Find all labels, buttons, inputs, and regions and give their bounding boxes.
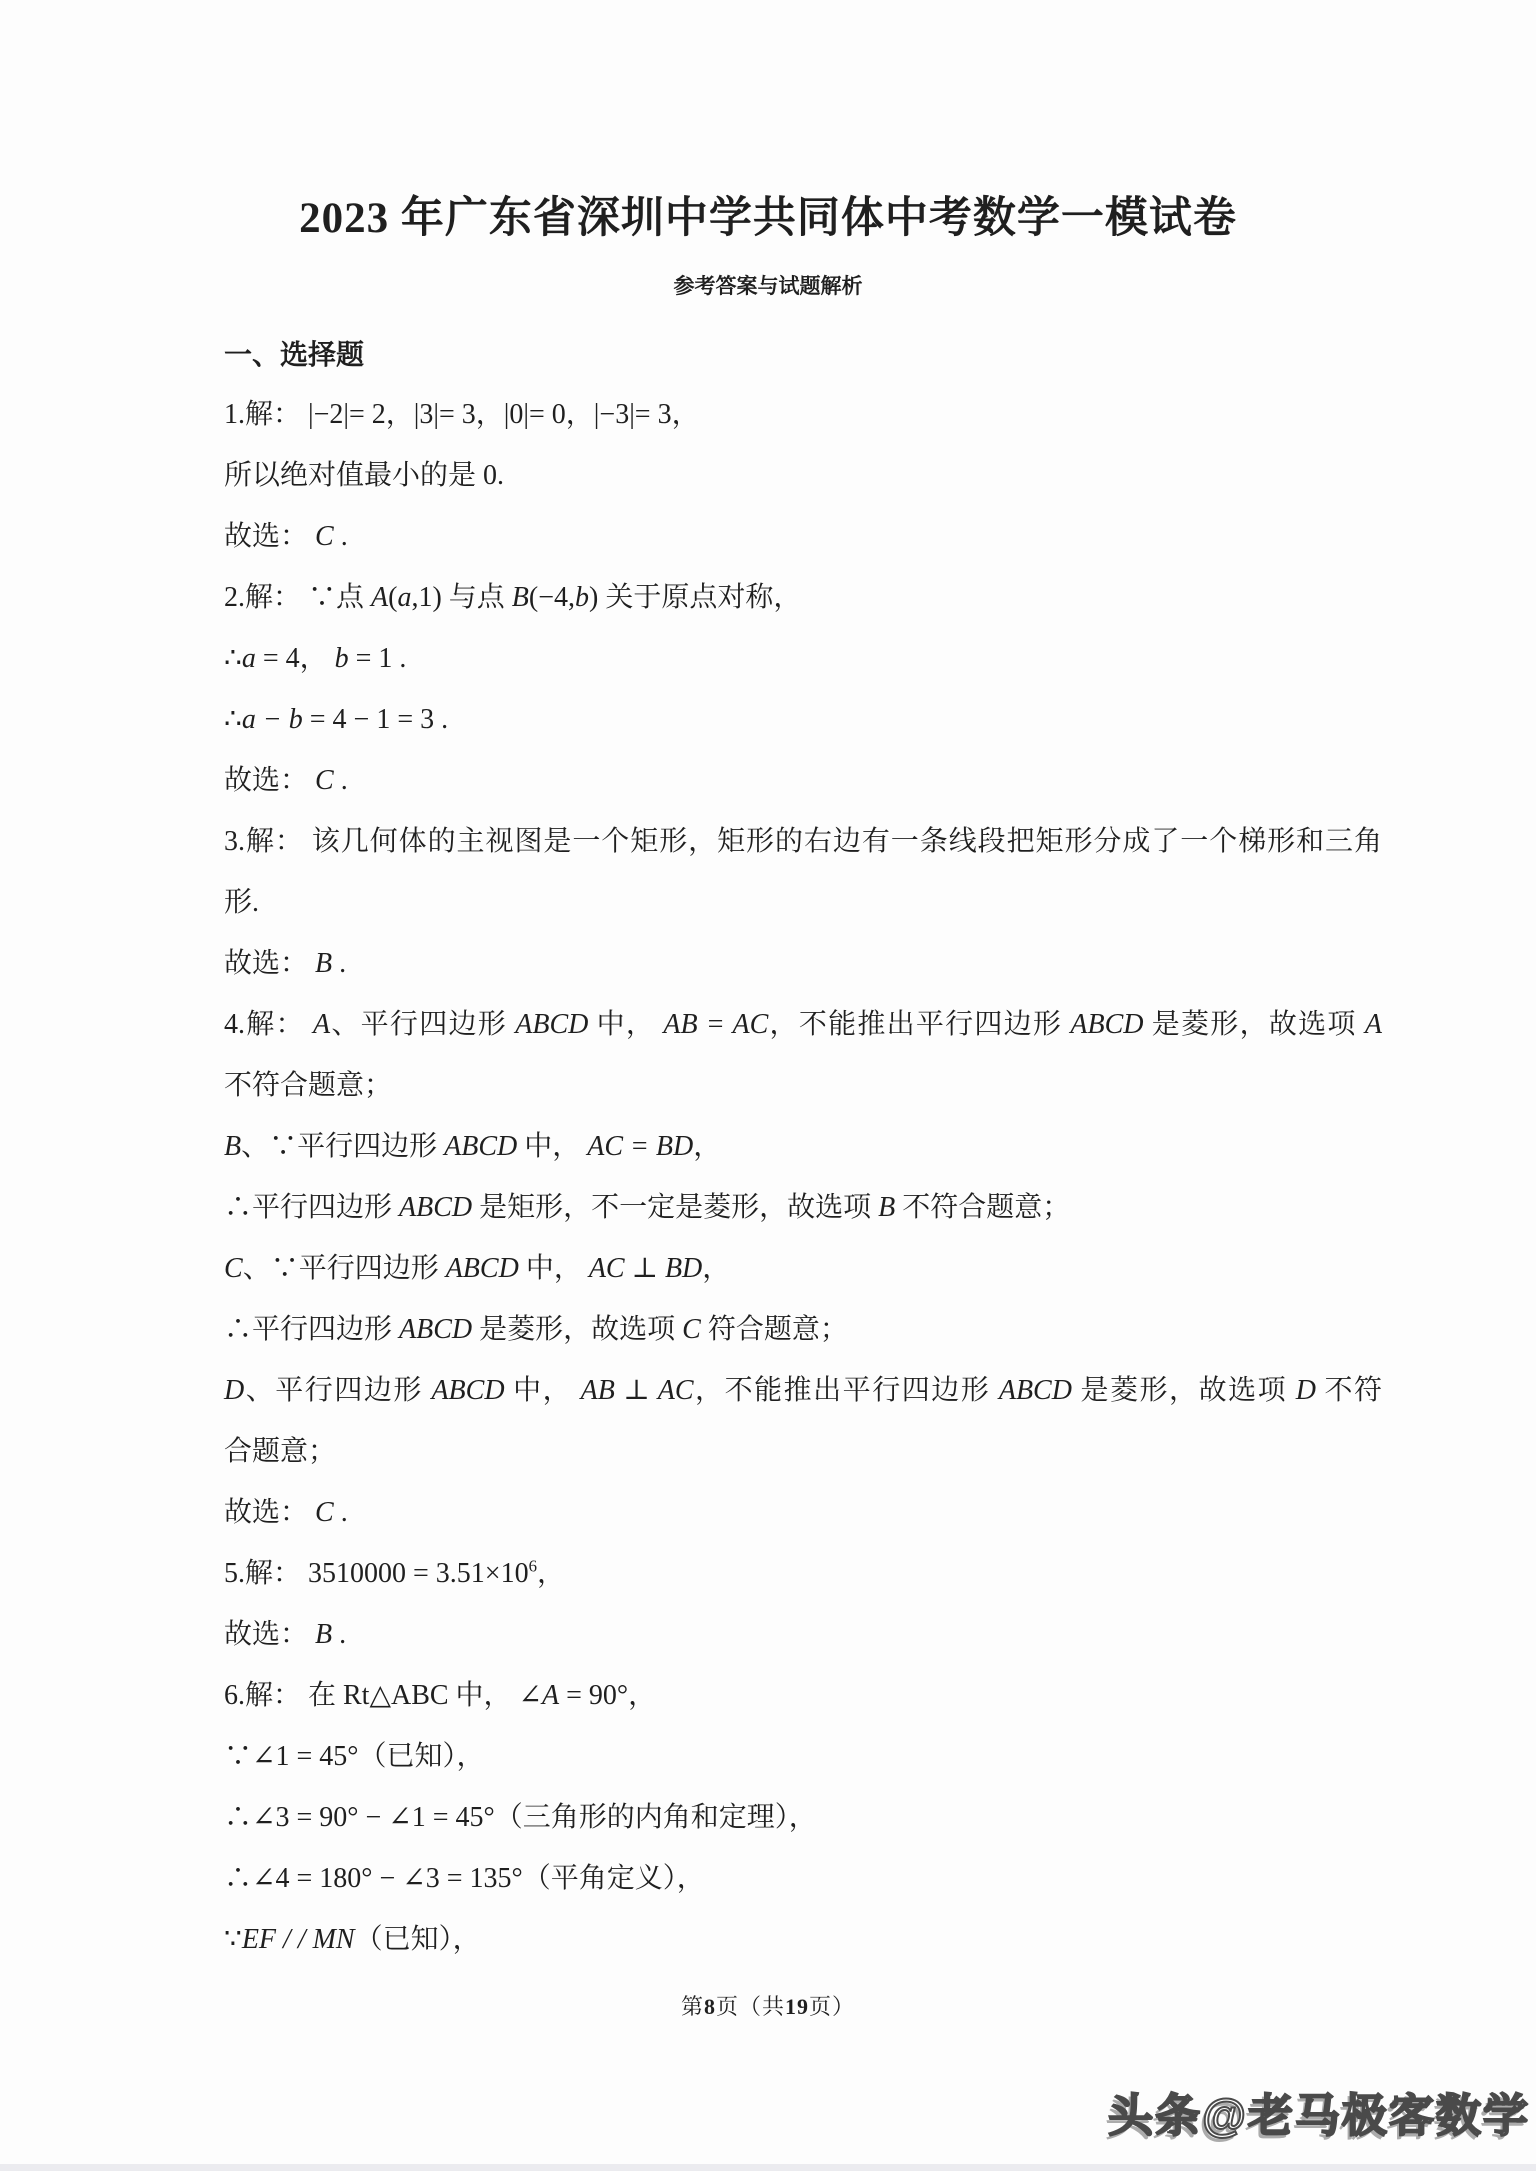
content-line-5: ∴a = 4， b = 1 . bbox=[224, 628, 1382, 689]
text-segment: 不符合题意； bbox=[224, 1070, 392, 1101]
text-segment: ∴平行四边形 bbox=[224, 1192, 399, 1223]
text-segment: AB ⊥ AC bbox=[581, 1375, 694, 1406]
content-line-1: 1.解： |−2|= 2，|3|= 3，|0|= 0，|−3|= 3， bbox=[224, 384, 1382, 445]
content-line-10: 故选： B . bbox=[224, 933, 1382, 994]
text-segment: ∴∠4 = 180° − ∠3 = 135°（平角定义）， bbox=[224, 1863, 705, 1894]
text-segment: = 4 − 1 = 3 . bbox=[303, 704, 448, 735]
text-segment: 8 bbox=[704, 1994, 716, 2019]
text-segment: . bbox=[332, 1619, 346, 1650]
text-segment: A bbox=[313, 1009, 330, 1040]
text-segment: B bbox=[315, 1619, 332, 1650]
text-segment: 19 bbox=[785, 1994, 809, 2019]
text-segment: . bbox=[334, 1497, 348, 1528]
text-segment: 故选： bbox=[224, 948, 315, 979]
content-line-14: ∴平行四边形 ABCD 是矩形，不一定是菱形，故选项 B 不符合题意； bbox=[224, 1177, 1382, 1238]
text-segment: (−4, bbox=[529, 582, 575, 613]
text-segment: ∵∠1 = 45°（已知）， bbox=[224, 1741, 484, 1772]
watermark: 头条@老马极客数学 bbox=[1108, 2079, 1530, 2144]
text-segment: = 90°， bbox=[559, 1680, 656, 1711]
page-footer: 第8页（共19页） bbox=[0, 1990, 1536, 2021]
text-segment: D bbox=[1296, 1375, 1316, 1406]
content-line-4: 2.解： ∵点 A(a,1) 与点 B(−4,b) 关于原点对称， bbox=[224, 567, 1382, 628]
content-line-9: 形. bbox=[224, 872, 1382, 933]
text-segment: 5.解： 3510000 = 3.51×10 bbox=[224, 1558, 529, 1589]
text-segment: ABCD bbox=[444, 1131, 517, 1162]
text-segment: a bbox=[242, 643, 256, 674]
content-line-17: D、平行四边形 ABCD 中， AB ⊥ AC，不能推出平行四边形 ABCD 是… bbox=[224, 1360, 1382, 1421]
text-segment: AB = AC bbox=[663, 1009, 768, 1040]
text-segment: 4.解： bbox=[224, 1009, 313, 1040]
text-segment: C bbox=[315, 521, 334, 552]
text-segment: B bbox=[315, 948, 332, 979]
text-segment: ABCD bbox=[431, 1375, 504, 1406]
text-segment: 中， bbox=[517, 1131, 587, 1162]
text-segment: （已知）， bbox=[355, 1924, 481, 1955]
text-segment: B bbox=[878, 1192, 895, 1223]
text-segment: ， bbox=[702, 1253, 730, 1284]
text-segment: 不符 bbox=[1316, 1375, 1382, 1406]
text-segment: B bbox=[224, 1131, 241, 1162]
text-segment: ABCD bbox=[1070, 1009, 1143, 1040]
answer-solution-lines: 1.解： |−2|= 2，|3|= 3，|0|= 0，|−3|= 3，所以绝对值… bbox=[224, 384, 1382, 1970]
text-segment: ABCD bbox=[999, 1375, 1072, 1406]
text-segment: = 4， bbox=[256, 643, 335, 674]
content-line-20: 5.解： 3510000 = 3.51×106， bbox=[224, 1543, 1382, 1604]
content-line-12: 不符合题意； bbox=[224, 1055, 1382, 1116]
text-segment: AC = BD bbox=[587, 1131, 693, 1162]
text-segment: A bbox=[1365, 1009, 1382, 1040]
text-segment: 、∵平行四边形 bbox=[241, 1131, 444, 1162]
text-segment: 不符合题意； bbox=[895, 1192, 1070, 1223]
text-segment: 形. bbox=[224, 887, 259, 918]
content-line-16: ∴平行四边形 ABCD 是菱形，故选项 C 符合题意； bbox=[224, 1299, 1382, 1360]
text-segment: 、平行四边形 bbox=[244, 1375, 431, 1406]
text-segment: ) 关于原点对称， bbox=[589, 582, 801, 613]
content-line-22: 6.解： 在 Rt△ABC 中， ∠A = 90°， bbox=[224, 1665, 1382, 1726]
text-segment: b bbox=[575, 582, 589, 613]
text-segment: EF / / MN bbox=[242, 1924, 355, 1955]
text-segment: 符合题意； bbox=[701, 1314, 848, 1345]
text-segment: C bbox=[224, 1253, 243, 1284]
page-title: 2023 年广东省深圳中学共同体中考数学一模试卷 bbox=[0, 184, 1536, 245]
text-segment: 、平行四边形 bbox=[330, 1009, 515, 1040]
text-segment: . bbox=[334, 521, 348, 552]
content-line-13: B、∵平行四边形 ABCD 中， AC = BD， bbox=[224, 1116, 1382, 1177]
content-line-25: ∴∠4 = 180° − ∠3 = 135°（平角定义）， bbox=[224, 1848, 1382, 1909]
text-segment: C bbox=[315, 1497, 334, 1528]
text-segment: 故选： bbox=[224, 1619, 315, 1650]
content-line-18: 合题意； bbox=[224, 1421, 1382, 1482]
text-segment: ABCD bbox=[399, 1314, 472, 1345]
content-line-19: 故选： C . bbox=[224, 1482, 1382, 1543]
content-line-21: 故选： B . bbox=[224, 1604, 1382, 1665]
text-segment: 6 bbox=[529, 1557, 537, 1576]
text-segment: ，不能推出平行四边形 bbox=[768, 1009, 1070, 1040]
text-segment: a − b bbox=[242, 704, 303, 735]
text-segment: ∴∠3 = 90° − ∠1 = 45°（三角形的内角和定理）， bbox=[224, 1802, 817, 1833]
text-segment: 页） bbox=[809, 1994, 855, 2019]
text-segment: ， bbox=[537, 1558, 565, 1589]
document-page: 2023 年广东省深圳中学共同体中考数学一模试卷 参考答案与试题解析 一、选择题… bbox=[0, 0, 1536, 2171]
text-segment: ABCD bbox=[446, 1253, 519, 1284]
text-segment: B bbox=[512, 582, 529, 613]
text-segment: ABCD bbox=[399, 1192, 472, 1223]
bottom-edge-strip bbox=[0, 2164, 1536, 2171]
text-segment: ∵ bbox=[224, 1924, 242, 1955]
text-segment: 中， bbox=[519, 1253, 589, 1284]
text-segment: 是菱形，故选项 bbox=[1072, 1375, 1296, 1406]
text-segment: b bbox=[335, 643, 349, 674]
text-segment: 页（共 bbox=[716, 1994, 785, 2019]
text-segment: A bbox=[542, 1680, 559, 1711]
text-segment: a bbox=[397, 582, 411, 613]
text-segment: C bbox=[315, 765, 334, 796]
content-line-24: ∴∠3 = 90° − ∠1 = 45°（三角形的内角和定理）， bbox=[224, 1787, 1382, 1848]
text-segment: 3.解： 该几何体的主视图是一个矩形，矩形的右边有一条线段把矩形分成了一个梯形和… bbox=[224, 826, 1382, 857]
text-segment: 是矩形，不一定是菱形，故选项 bbox=[472, 1192, 878, 1223]
text-segment: ABCD bbox=[515, 1009, 588, 1040]
text-segment: 故选： bbox=[224, 765, 315, 796]
text-segment: 合题意； bbox=[224, 1436, 336, 1467]
section-heading: 一、选择题 bbox=[224, 333, 364, 373]
text-segment: . bbox=[334, 765, 348, 796]
text-segment: ，不能推出平行四边形 bbox=[694, 1375, 999, 1406]
content-line-11: 4.解： A、平行四边形 ABCD 中， AB = AC，不能推出平行四边形 A… bbox=[224, 994, 1382, 1055]
content-line-6: ∴a − b = 4 − 1 = 3 . bbox=[224, 689, 1382, 750]
text-segment: 故选： bbox=[224, 1497, 315, 1528]
text-segment: 2.解： ∵点 bbox=[224, 582, 371, 613]
text-segment: C bbox=[682, 1314, 701, 1345]
text-segment: 中， bbox=[588, 1009, 663, 1040]
content-line-8: 3.解： 该几何体的主视图是一个矩形，矩形的右边有一条线段把矩形分成了一个梯形和… bbox=[224, 811, 1382, 872]
content-line-26: ∵EF / / MN（已知）， bbox=[224, 1909, 1382, 1970]
text-segment: ， bbox=[693, 1131, 721, 1162]
text-segment: 6.解： 在 Rt△ABC 中， ∠ bbox=[224, 1680, 542, 1711]
text-segment: 故选： bbox=[224, 521, 315, 552]
content-line-15: C、∵平行四边形 ABCD 中， AC ⊥ BD， bbox=[224, 1238, 1382, 1299]
content-line-7: 故选： C . bbox=[224, 750, 1382, 811]
text-segment: 是菱形，故选项 bbox=[1144, 1009, 1365, 1040]
text-segment: ∴ bbox=[224, 643, 242, 674]
text-segment: A bbox=[371, 582, 388, 613]
text-segment: 所以绝对值最小的是 0. bbox=[224, 460, 504, 491]
content-line-3: 故选： C . bbox=[224, 506, 1382, 567]
text-segment: ,1) 与点 bbox=[411, 582, 511, 613]
text-segment: = 1 . bbox=[349, 643, 407, 674]
text-segment: 1.解： |−2|= 2，|3|= 3，|0|= 0，|−3|= 3， bbox=[224, 399, 700, 430]
content-line-2: 所以绝对值最小的是 0. bbox=[224, 445, 1382, 506]
text-segment: . bbox=[332, 948, 346, 979]
text-segment: 第 bbox=[681, 1994, 704, 2019]
page-subtitle: 参考答案与试题解析 bbox=[0, 270, 1536, 300]
text-segment: 是菱形，故选项 bbox=[472, 1314, 682, 1345]
text-segment: ∴平行四边形 bbox=[224, 1314, 399, 1345]
text-segment: ∴ bbox=[224, 704, 242, 735]
text-segment: 中， bbox=[505, 1375, 581, 1406]
text-segment: 、∵平行四边形 bbox=[243, 1253, 446, 1284]
text-segment: AC ⊥ BD bbox=[589, 1253, 702, 1284]
text-segment: D bbox=[224, 1375, 244, 1406]
content-line-23: ∵∠1 = 45°（已知）， bbox=[224, 1726, 1382, 1787]
